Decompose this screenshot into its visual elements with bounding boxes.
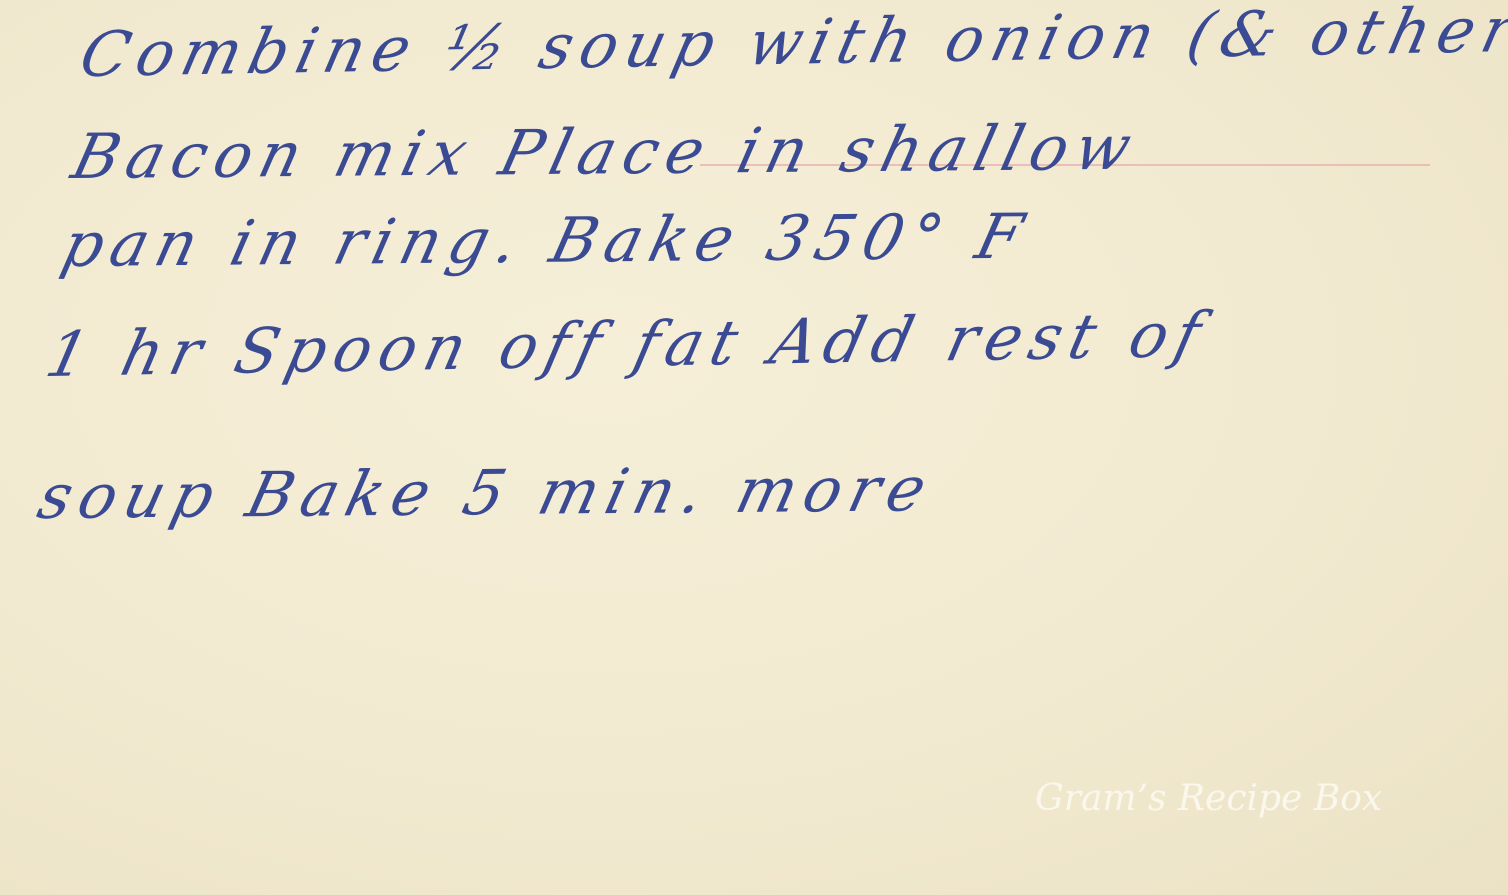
watermark: Gram’s Recipe Box bbox=[1035, 778, 1382, 819]
handwritten-line-1: Combine ½ soup with onion (& other) & cr… bbox=[74, 0, 1508, 91]
handwritten-line-2: Bacon mix Place in shallow bbox=[65, 111, 1146, 193]
handwritten-line-4: 1 hr Spoon off fat Add rest of bbox=[40, 298, 1216, 392]
handwritten-line-5: soup Bake 5 min. more bbox=[31, 452, 941, 533]
handwritten-line-3: pan in ring. Bake 350° F bbox=[55, 200, 1037, 282]
recipe-card: Combine ½ soup with onion (& other) & cr… bbox=[0, 0, 1508, 895]
